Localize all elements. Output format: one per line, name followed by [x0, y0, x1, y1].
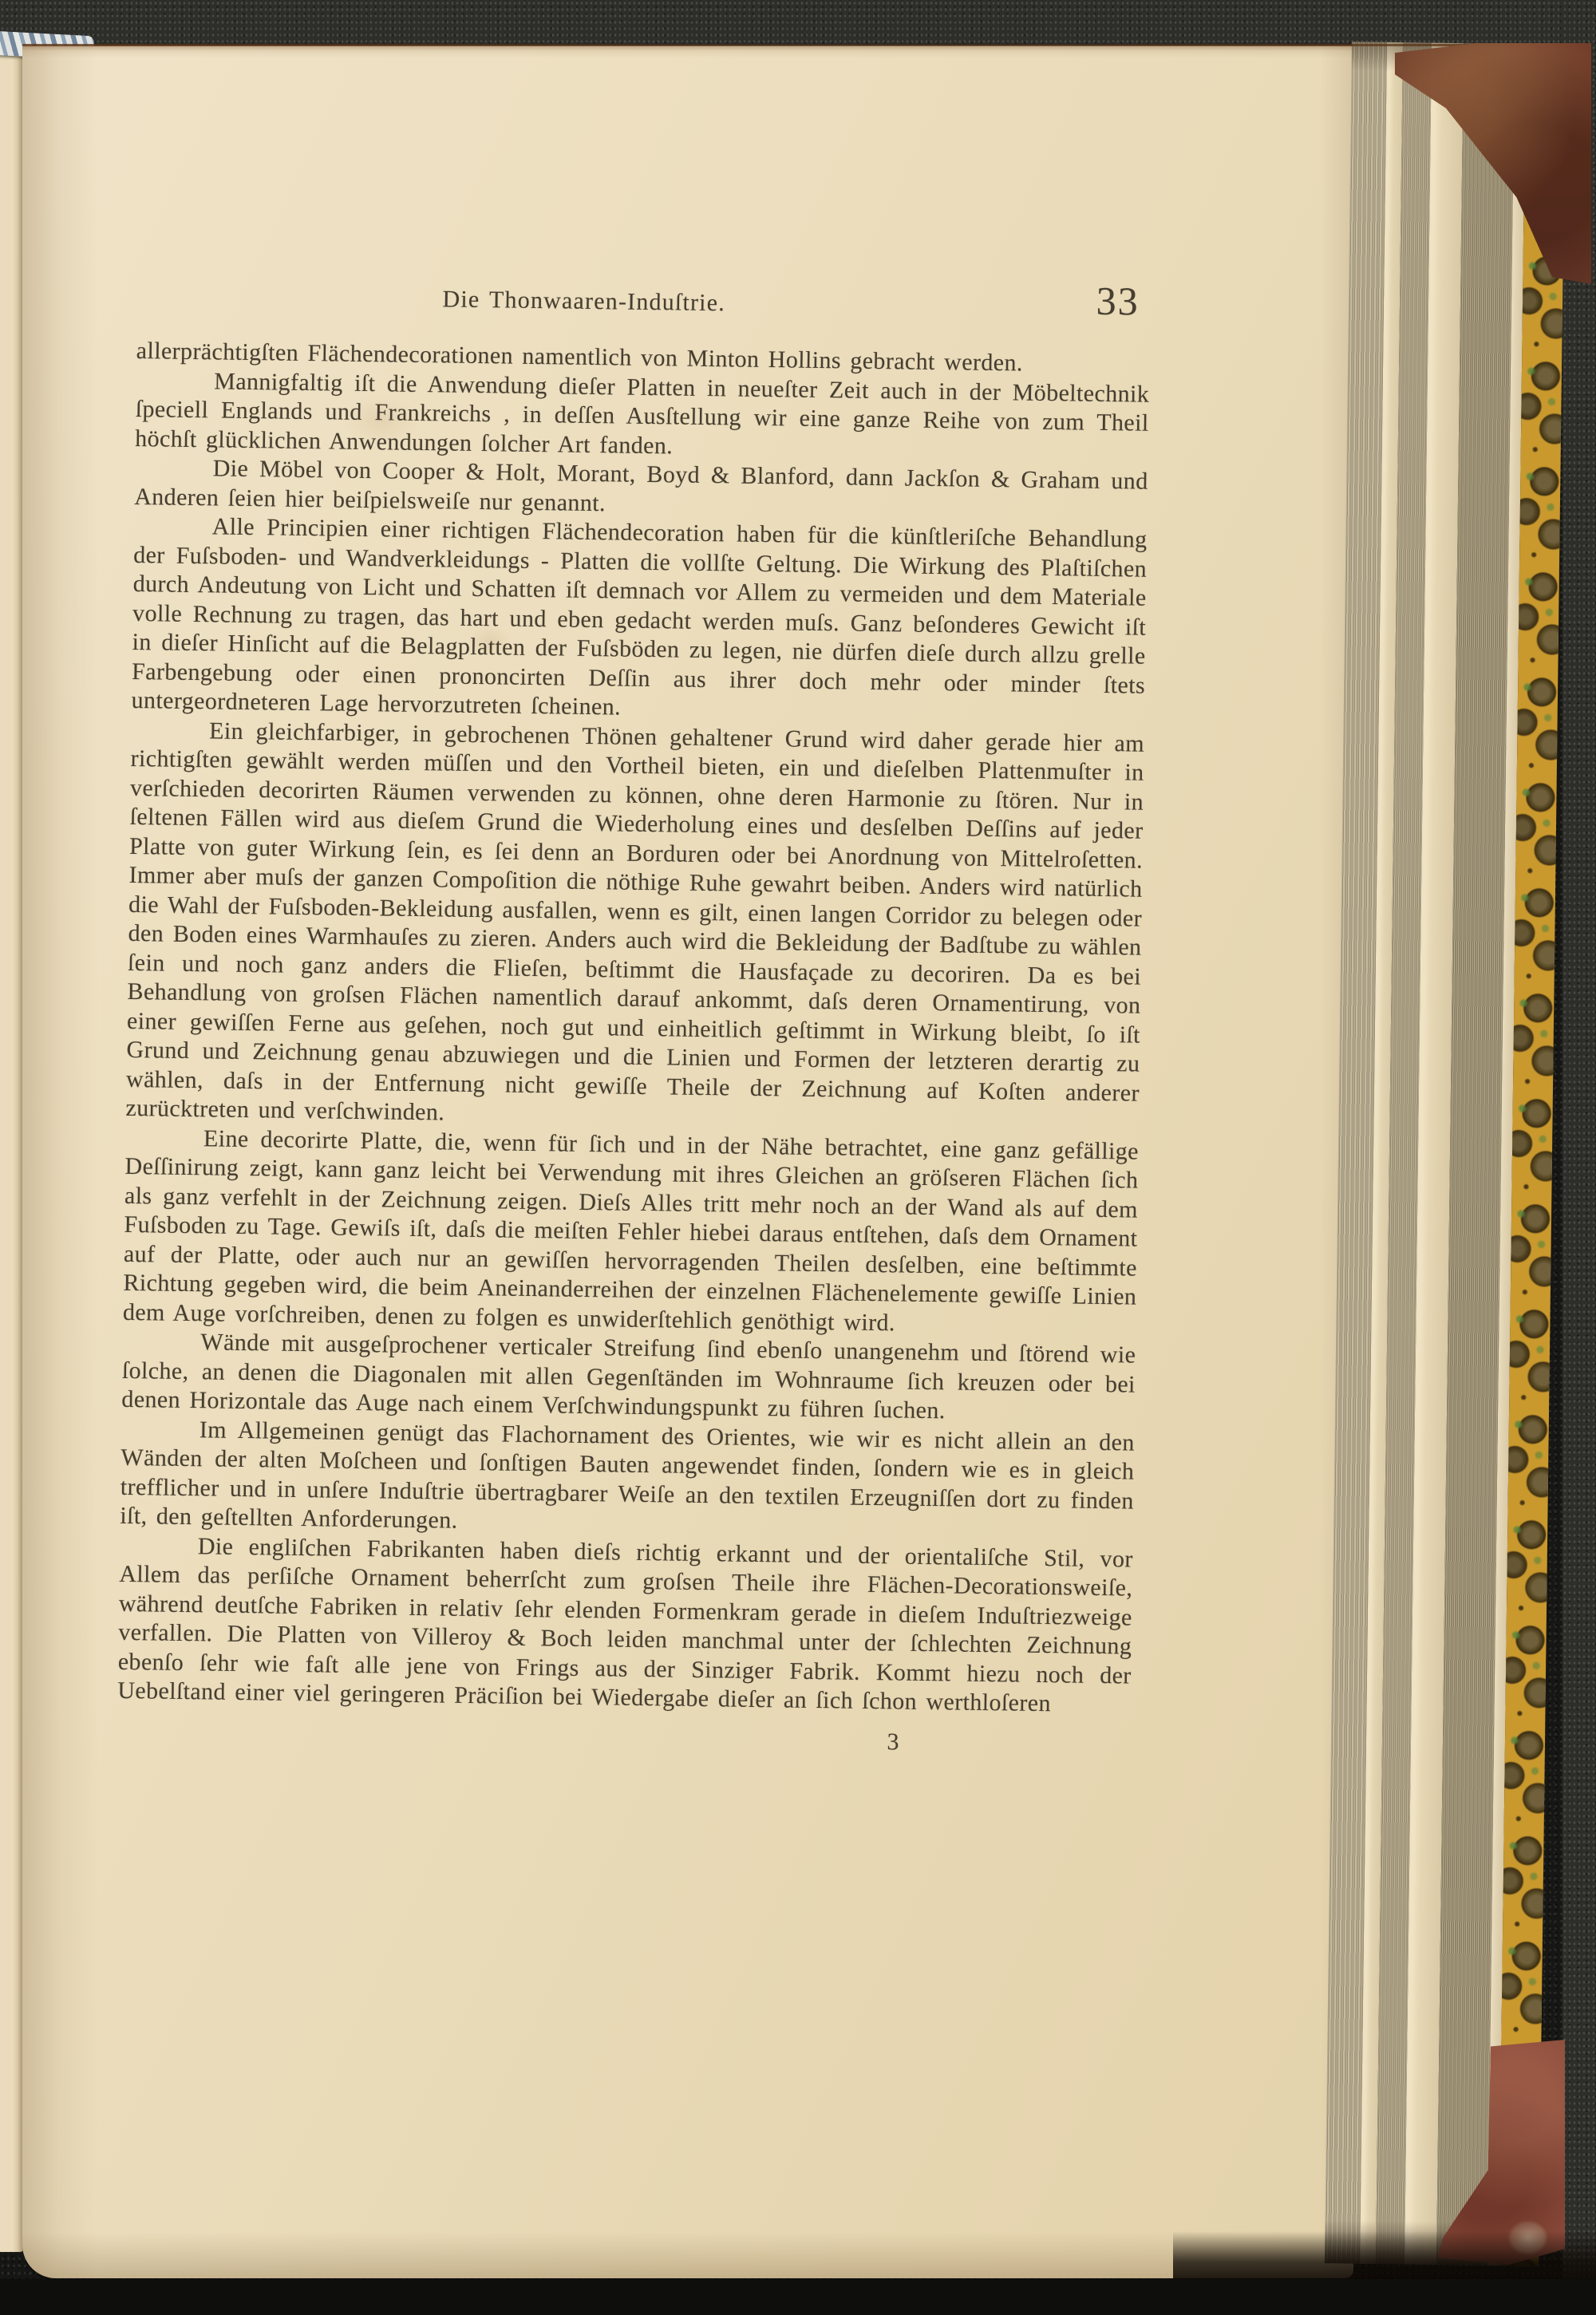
- paragraph: Wände mit ausgeſprochener verticaler Str…: [121, 1327, 1136, 1428]
- page-number: 33: [1096, 286, 1140, 316]
- photograph-backdrop: Die Thonwaaren-Induſtrie. 33 allerprächt…: [0, 0, 1596, 2315]
- backdrop-right-strip: [1562, 0, 1596, 2315]
- backdrop-top-strip: [0, 0, 1596, 46]
- fore-edge: [1325, 41, 1566, 2266]
- paragraph: Mannigfaltig iſt die Anwendung dieſer Pl…: [135, 365, 1149, 467]
- body-text: allerprächtigſten Flächendecorationen na…: [117, 337, 1150, 1720]
- printed-text-block: Die Thonwaaren-Induſtrie. 33 allerprächt…: [117, 281, 1151, 1760]
- paragraph: Im Allgemeinen genügt das Flachornament …: [120, 1414, 1135, 1545]
- backdrop-bottom-strip: [0, 2279, 1596, 2315]
- paragraph: Die engliſchen Fabrikanten haben dieſs r…: [117, 1531, 1133, 1720]
- page-top-edge-line: [22, 44, 1566, 46]
- paragraph: Eine decorirte Platte, die, wenn für ſic…: [123, 1123, 1139, 1341]
- paragraph: Alle Principien einer richtigen Flächend…: [131, 512, 1147, 729]
- paragraph: Ein gleichfarbiger, in gebrochenen Thöne…: [125, 715, 1144, 1137]
